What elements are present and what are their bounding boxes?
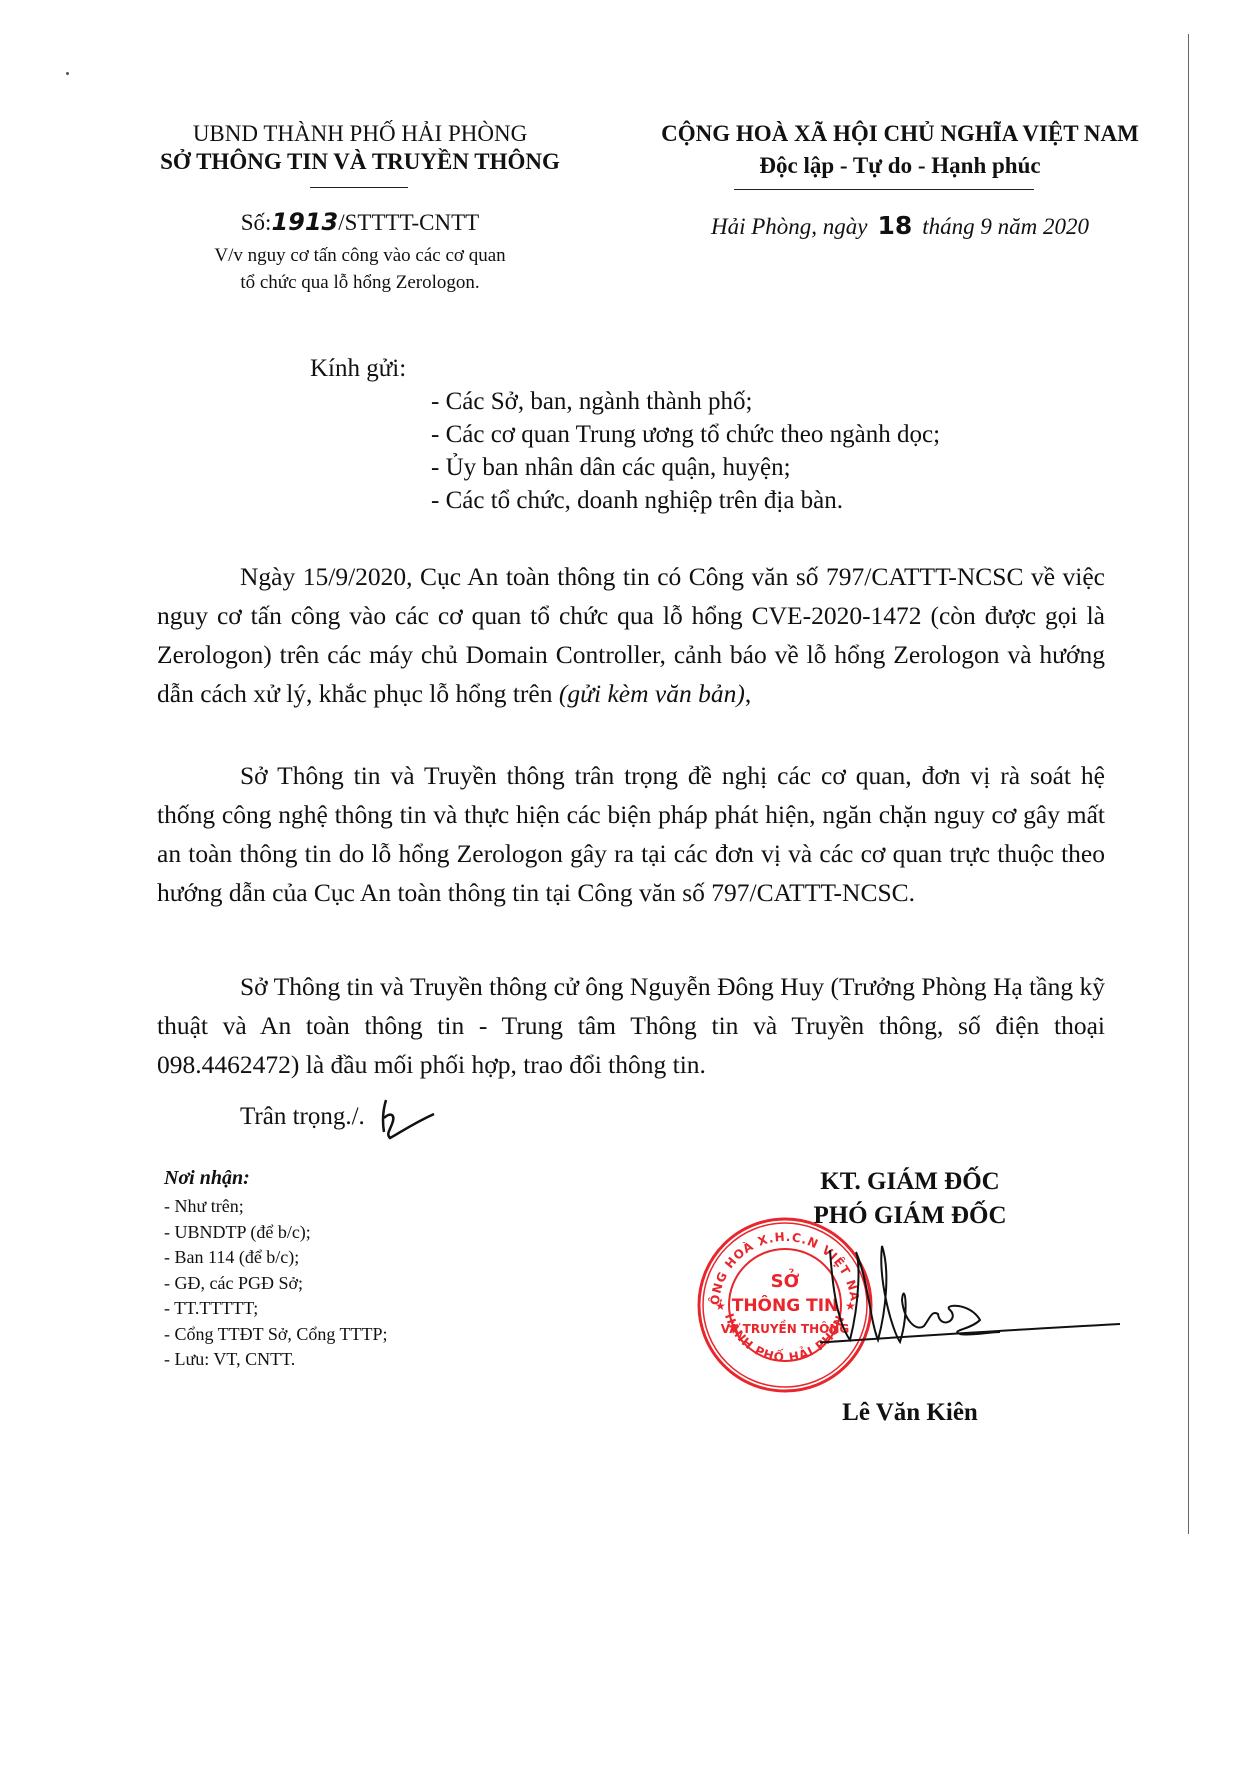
svg-text:★: ★ — [715, 1299, 726, 1313]
addressee-item: - Các Sở, ban, ngành thành phố; — [431, 385, 940, 418]
national-motto: Độc lập - Tự do - Hạnh phúc — [620, 152, 1180, 180]
document-subject: V/v nguy cơ tấn công vào các cơ quan tổ … — [120, 242, 600, 296]
closing: Trân trọng./. — [240, 1102, 365, 1132]
svg-text:SỞ: SỞ — [771, 1268, 800, 1292]
signature-title-line-1: KT. GIÁM ĐỐC — [760, 1165, 1060, 1199]
agency-parent: UBND THÀNH PHỐ HẢI PHÒNG — [120, 120, 600, 148]
recipient-item: - Cổng TTĐT Sở, Cổng TTTP; — [164, 1322, 388, 1348]
body-paragraph-1: Ngày 15/9/2020, Cục An toàn thông tin có… — [157, 557, 1105, 713]
subject-line-2: tổ chức qua lỗ hổng Zerologon. — [120, 269, 600, 296]
date-prefix: Hải Phòng, ngày — [711, 214, 868, 239]
addressee-item: - Các tổ chức, doanh nghiệp trên địa bàn… — [431, 484, 940, 517]
scan-speck — [66, 72, 69, 75]
recipients-list: - Như trên; - UBNDTP (để b/c); - Ban 114… — [164, 1194, 388, 1373]
greeting: Kính gửi: — [310, 353, 406, 385]
body-paragraph-3: Sở Thông tin và Truyền thông cử ông Nguy… — [157, 967, 1105, 1084]
recipients-title: Nơi nhận: — [164, 1165, 250, 1191]
doc-no-prefix: Số: — [241, 210, 272, 235]
date-line: Hải Phòng, ngày18tháng 9 năm 2020 — [620, 212, 1180, 241]
document-number: Số:1913/STTTT-CNTT — [120, 208, 600, 237]
p1-italic: (gửi kèm văn bản) — [559, 679, 745, 708]
national-title: CỘNG HOÀ XÃ HỘI CHỦ NGHĨA VIỆT NAM — [620, 120, 1180, 148]
agency-name: SỞ THÔNG TIN VÀ TRUYỀN THÔNG — [120, 148, 600, 176]
addressee-item: - Các cơ quan Trung ương tổ chức theo ng… — [431, 418, 940, 451]
initials-mark-icon — [378, 1098, 438, 1143]
doc-no-suffix: /STTTT-CNTT — [338, 210, 479, 235]
handwritten-signature-icon — [820, 1240, 1120, 1350]
p1-end: , — [745, 679, 751, 708]
header-rule-left — [310, 187, 408, 188]
body-paragraph-2: Sở Thông tin và Truyền thông trân trọng … — [157, 756, 1105, 912]
signer-name: Lê Văn Kiên — [760, 1398, 1060, 1428]
subject-line-1: V/v nguy cơ tấn công vào các cơ quan — [120, 242, 600, 269]
recipient-item: - Ban 114 (để b/c); — [164, 1245, 388, 1271]
recipient-item: - Lưu: VT, CNTT. — [164, 1347, 388, 1373]
scan-edge-line — [1188, 34, 1189, 1534]
addressee-item: - Ủy ban nhân dân các quận, huyện; — [431, 451, 940, 484]
recipient-item: - GĐ, các PGĐ Sở; — [164, 1271, 388, 1297]
recipient-item: - UBNDTP (để b/c); — [164, 1220, 388, 1246]
date-suffix: tháng 9 năm 2020 — [922, 214, 1089, 239]
addressee-list: - Các Sở, ban, ngành thành phố; - Các cơ… — [431, 385, 940, 517]
recipient-item: - Như trên; — [164, 1194, 388, 1220]
header-rule-right — [734, 189, 1034, 190]
date-day-handwritten: 18 — [877, 211, 912, 240]
recipient-item: - TT.TTTTT; — [164, 1296, 388, 1322]
doc-no-handwritten: 1913 — [271, 208, 338, 236]
